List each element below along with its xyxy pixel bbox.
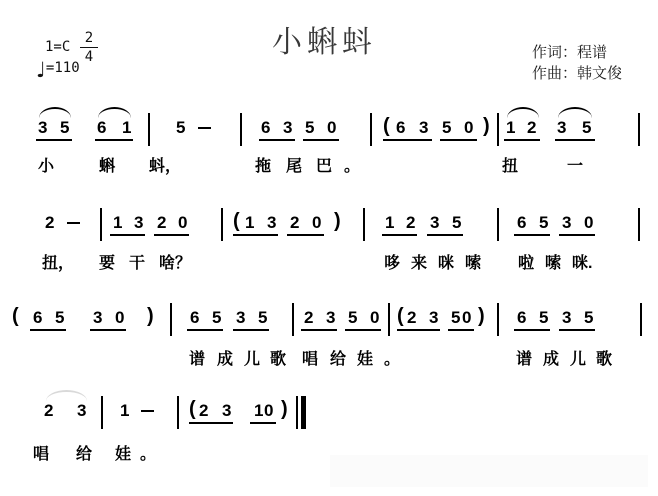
lyric-syllable: 娃	[115, 441, 131, 464]
lyricist-credit: 作词：程谱	[532, 42, 622, 63]
slur-arc	[39, 107, 71, 118]
note-digit: 6	[517, 213, 529, 233]
lyric-syllable: 嗦	[465, 250, 481, 273]
barline	[497, 113, 499, 146]
lyric-syllable: 歌	[596, 346, 612, 369]
key-signature: 1=C	[45, 39, 70, 55]
note-digit: 0	[178, 213, 190, 233]
note-digit: 5	[258, 308, 270, 328]
note-digit: 5	[60, 118, 72, 138]
note-digit: 3	[429, 308, 441, 328]
lyric-syllable: 唱	[33, 441, 49, 464]
barline	[638, 208, 640, 241]
note-digit: 3	[267, 213, 279, 233]
note-digit: 1	[113, 213, 125, 233]
note-digit: 5	[176, 118, 188, 138]
lyric-syllable: 来	[411, 250, 427, 273]
lyric-syllable: 。	[384, 346, 400, 369]
note-digit: 3	[283, 118, 295, 138]
note-digit: 3	[562, 213, 574, 233]
barline	[388, 303, 390, 336]
beam-underline	[301, 329, 337, 331]
lyric-syllable: 儿	[570, 346, 586, 369]
beam-underline	[233, 234, 278, 236]
beam-underline	[345, 329, 381, 331]
composer-credit: 作曲：韩文俊	[532, 63, 622, 84]
lyric-syllable: 蚪，	[149, 153, 181, 176]
barline	[638, 113, 640, 146]
note-digit: 0	[462, 308, 474, 328]
note-digit: 1	[245, 213, 257, 233]
beam-underline	[154, 234, 189, 236]
beam-underline	[233, 329, 269, 331]
beam-underline	[555, 139, 595, 141]
beam-underline	[397, 329, 440, 331]
lyric-syllable: 给	[76, 441, 92, 464]
credits: 作词：程谱 作曲：韩文俊	[532, 42, 622, 84]
note-digit: 6	[517, 308, 529, 328]
beam-underline	[440, 139, 477, 141]
beam-underline	[250, 422, 276, 424]
parenthesis: )	[478, 305, 485, 328]
barline	[497, 208, 499, 241]
beam-underline	[90, 329, 126, 331]
note-digit: 0	[584, 213, 596, 233]
barline	[370, 113, 372, 146]
song-title: 小蝌蚪	[272, 17, 377, 61]
barline	[101, 396, 103, 429]
parenthesis: (	[189, 398, 196, 421]
note-digit: 1	[120, 401, 132, 421]
barline	[292, 303, 294, 336]
note-digit: 6	[261, 118, 273, 138]
note-digit: 3	[557, 118, 569, 138]
lyric-syllable: 干	[129, 250, 145, 273]
note-digit: 2	[406, 213, 418, 233]
note-digit: 1	[385, 213, 397, 233]
lyric-syllable: 小	[38, 153, 54, 176]
beam-underline	[189, 422, 233, 424]
note-digit: 0	[264, 401, 276, 421]
slur-arc	[98, 107, 131, 118]
note-digit: 6	[396, 118, 408, 138]
lyric-syllable: 咪	[438, 250, 454, 273]
note-digit: 2	[527, 118, 539, 138]
note-digit: 3	[38, 118, 50, 138]
parenthesis: )	[147, 305, 154, 328]
note-digit: 6	[97, 118, 109, 138]
lyric-syllable: 尾	[286, 153, 302, 176]
parenthesis: )	[334, 210, 341, 233]
beam-underline	[95, 139, 133, 141]
barline	[148, 113, 150, 146]
time-signature-denominator: 4	[80, 49, 98, 65]
note-digit: 5	[442, 118, 454, 138]
note-digit: 3	[236, 308, 248, 328]
barline	[497, 303, 499, 336]
beam-underline	[427, 234, 463, 236]
note-digit: 2	[407, 308, 419, 328]
lyric-syllable: 谱	[189, 346, 205, 369]
lyric-syllable: 给	[330, 346, 346, 369]
note-digit: 3	[326, 308, 338, 328]
paper-shade-bottom-right	[330, 455, 648, 487]
duration-dash	[141, 410, 154, 412]
lyric-syllable: 咪.	[572, 250, 592, 273]
lyric-syllable: 歌	[270, 346, 286, 369]
barline	[240, 113, 242, 146]
note-digit: 3	[430, 213, 442, 233]
note-digit: 5	[348, 308, 360, 328]
slur-arc	[46, 390, 87, 401]
note-digit: 5	[55, 308, 67, 328]
note-digit: 6	[33, 308, 45, 328]
note-digit: 5	[584, 308, 596, 328]
note-digit: 3	[419, 118, 431, 138]
beam-underline	[30, 329, 66, 331]
note-digit: 0	[327, 118, 339, 138]
duration-dash	[198, 127, 211, 129]
beam-underline	[514, 329, 550, 331]
note-digit: 5	[305, 118, 317, 138]
note-digit: 2	[304, 308, 316, 328]
final-barline	[296, 396, 306, 429]
time-signature-divider	[80, 47, 98, 48]
beam-underline	[559, 234, 595, 236]
lyric-syllable: 哆	[384, 250, 400, 273]
note-digit: 3	[222, 401, 234, 421]
lyric-syllable: 扭，	[42, 250, 74, 273]
final-barline-thin	[296, 396, 298, 429]
note-digit: 2	[199, 401, 211, 421]
barline	[170, 303, 172, 336]
note-digit: 2	[157, 213, 169, 233]
duration-dash	[67, 222, 80, 224]
barline	[221, 208, 223, 241]
note-digit: 3	[77, 401, 89, 421]
slur-arc	[507, 107, 539, 118]
note-digit: 5	[212, 308, 224, 328]
note-digit: 1	[506, 118, 518, 138]
lyric-syllable: 巴	[316, 153, 332, 176]
lyric-syllable: 啦	[518, 250, 534, 273]
beam-underline	[110, 234, 145, 236]
note-digit: 5	[539, 308, 551, 328]
beam-underline	[36, 139, 72, 141]
note-digit: 3	[562, 308, 574, 328]
tempo-value: =110	[46, 60, 80, 76]
parenthesis: (	[12, 305, 19, 328]
beam-underline	[448, 329, 474, 331]
note-digit: 5	[539, 213, 551, 233]
beam-underline	[259, 139, 295, 141]
beam-underline	[287, 234, 324, 236]
note-digit: 2	[290, 213, 302, 233]
parenthesis: )	[281, 398, 288, 421]
time-signature: 2 4	[80, 30, 98, 65]
note-digit: 0	[370, 308, 382, 328]
parenthesis: (	[233, 210, 240, 233]
sheet-music-page: 小蝌蚪 1=C 2 4 ♩=110 作词：程谱 作曲：韩文俊 356156350…	[0, 0, 658, 496]
lyric-syllable: 唱	[302, 346, 318, 369]
beam-underline	[514, 234, 550, 236]
parenthesis: (	[383, 115, 390, 138]
beam-underline	[383, 139, 432, 141]
beam-underline	[382, 234, 417, 236]
barline	[640, 303, 642, 336]
lyric-syllable: 扭	[502, 153, 518, 176]
lyric-syllable: 拖	[255, 153, 271, 176]
barline	[177, 396, 179, 429]
note-digit: 3	[93, 308, 105, 328]
lyric-syllable: 。	[140, 441, 156, 464]
note-digit: 6	[190, 308, 202, 328]
beam-underline	[559, 329, 595, 331]
barline	[363, 208, 365, 241]
note-digit: 0	[464, 118, 476, 138]
lyric-syllable: 啥？	[159, 250, 191, 273]
time-signature-numerator: 2	[80, 30, 98, 46]
note-digit: 1	[122, 118, 134, 138]
lyric-syllable: 儿	[244, 346, 260, 369]
note-digit: 5	[582, 118, 594, 138]
lyric-syllable: 蝌	[99, 153, 115, 176]
beam-underline	[504, 139, 540, 141]
final-barline-thick	[301, 396, 306, 429]
note-digit: 2	[45, 213, 57, 233]
lyric-syllable: 娃	[357, 346, 373, 369]
lyric-syllable: 谱	[516, 346, 532, 369]
lyric-syllable: 要	[99, 250, 115, 273]
quarter-note-icon: ♩	[36, 58, 46, 82]
note-digit: 0	[115, 308, 127, 328]
lyric-syllable: 成	[217, 346, 233, 369]
note-digit: 2	[44, 401, 56, 421]
lyric-syllable: 。	[344, 153, 360, 176]
note-digit: 5	[452, 213, 464, 233]
parenthesis: )	[483, 115, 490, 138]
parenthesis: (	[397, 305, 404, 328]
tempo-marking: ♩=110	[36, 58, 80, 82]
slur-arc	[558, 107, 592, 118]
barline	[100, 208, 102, 241]
beam-underline	[303, 139, 339, 141]
lyric-syllable: 一	[567, 153, 583, 176]
lyric-syllable: 嗦	[545, 250, 561, 273]
lyric-syllable: 成	[543, 346, 559, 369]
beam-underline	[187, 329, 223, 331]
note-digit: 0	[312, 213, 324, 233]
note-digit: 3	[134, 213, 146, 233]
